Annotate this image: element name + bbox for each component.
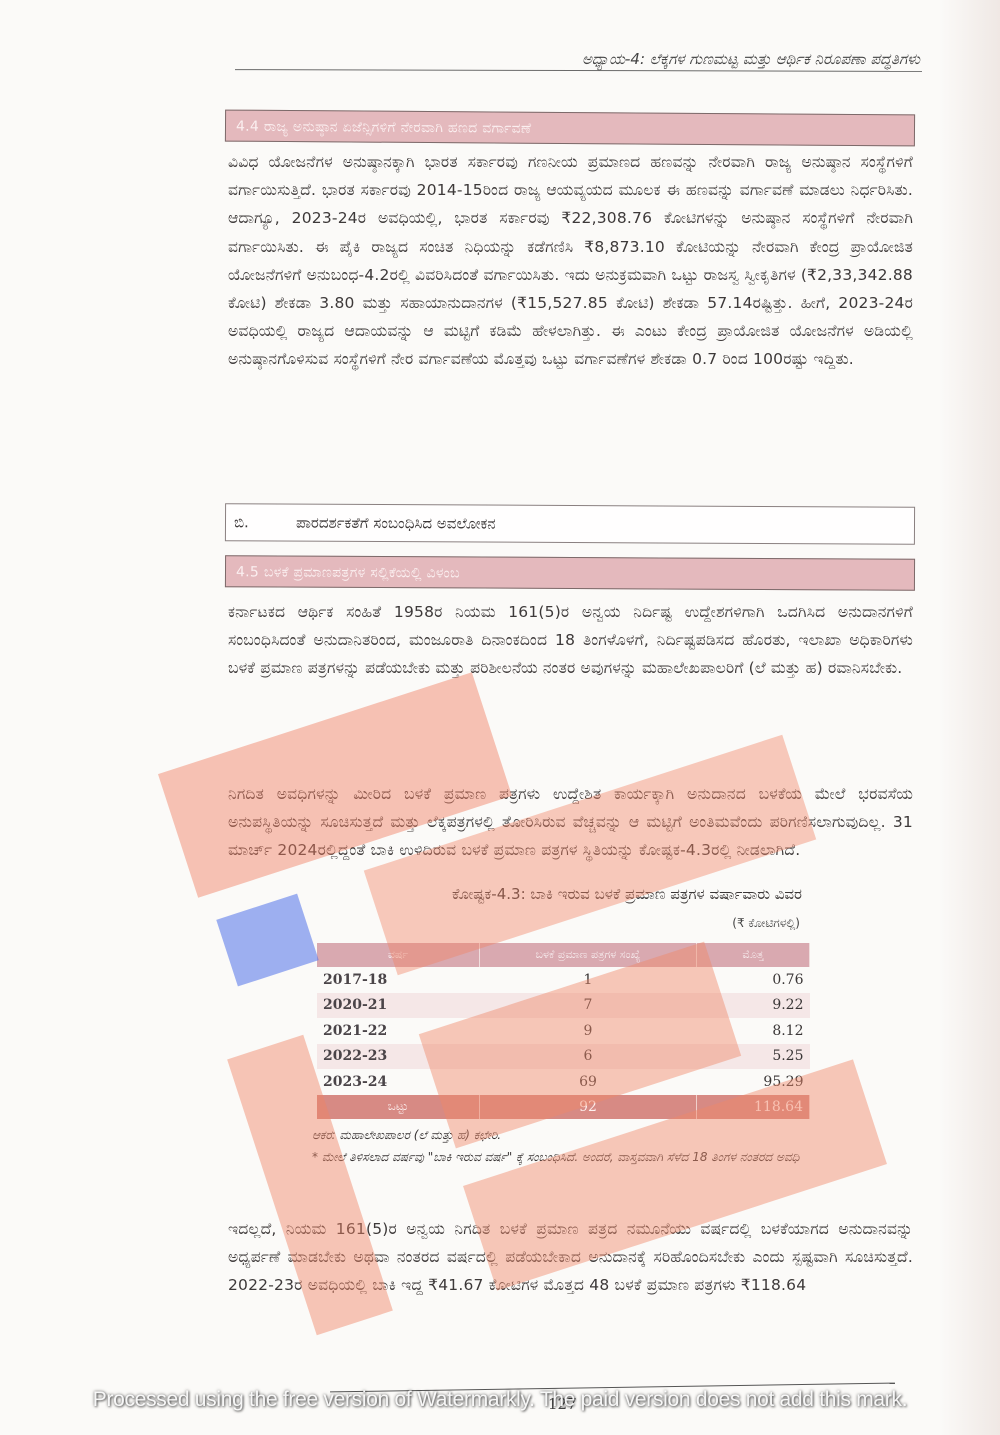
subsection-heading-b: ಬಿ. ಪಾರದರ್ಶಕತೆಗೆ ಸಂಬಂಧಿಸಿದ ಅವಲೋಕನ <box>225 503 915 545</box>
header-year: ವರ್ಷ <box>317 943 480 967</box>
header-amount: ಮೊತ್ತ <box>697 943 810 967</box>
table-row: 2017-18 1 0.76 <box>317 967 810 993</box>
section-heading-4-5: 4.5 ಬಳಕೆ ಪ್ರಮಾಣಪತ್ರಗಳ ಸಲ್ಲಿಕೆಯಲ್ಲಿ ವಿಳಂಬ <box>225 555 915 591</box>
cell-count: 9 <box>480 1018 697 1044</box>
cell-year: 2021-22 <box>317 1018 480 1044</box>
table-source: ಆಕರ: ಮಹಾಲೇಖಪಾಲರ (ಲೆ ಮತ್ತು ಹ) ಕಛೇರಿ. <box>312 1124 812 1146</box>
table-row: 2022-23 6 5.25 <box>317 1044 810 1070</box>
section-4-5-paragraph-1: ಕರ್ನಾಟಕದ ಆರ್ಥಿಕ ಸಂಹಿತೆ 1958ರ ನಿಯಮ 161(5)… <box>228 598 913 683</box>
cell-amount: 8.12 <box>697 1018 810 1044</box>
table-row: 2021-22 9 8.12 <box>317 1018 810 1044</box>
cell-amount: 0.76 <box>697 967 810 993</box>
table-row: 2020-21 7 9.22 <box>317 993 810 1019</box>
header-rule <box>235 69 922 72</box>
header-count: ಬಳಕೆ ಪ್ರಮಾಣ ಪತ್ರಗಳ ಸಂಖ್ಯೆ <box>480 943 697 967</box>
total-amount: 118.64 <box>697 1095 810 1119</box>
section-4-5-paragraph-2: ನಿಗದಿತ ಅವಧಿಗಳನ್ನು ಮೀರಿದ ಬಳಕೆ ಪ್ರಮಾಣ ಪತ್ರ… <box>228 780 913 865</box>
section-4-5-paragraph-3: ಇದಲ್ಲದೆ, ನಿಯಮ 161(5)ರ ಅನ್ವಯ ನಿಗದಿತ ಬಳಕೆ … <box>228 1215 913 1300</box>
subsection-label: ಬಿ. <box>234 504 249 540</box>
page-edge-shadow <box>940 0 1000 1435</box>
table-header-row: ವರ್ಷ ಬಳಕೆ ಪ್ರಮಾಣ ಪತ್ರಗಳ ಸಂಖ್ಯೆ ಮೊತ್ತ <box>317 943 810 967</box>
cell-count: 6 <box>480 1044 697 1070</box>
cell-count: 69 <box>480 1069 697 1095</box>
subsection-title: ಪಾರದರ್ಶಕತೆಗೆ ಸಂಬಂಧಿಸಿದ ಅವಲೋಕನ <box>296 505 496 542</box>
section-4-4-paragraph: ವಿವಿಧ ಯೋಜನೆಗಳ ಅನುಷ್ಠಾನಕ್ಕಾಗಿ ಭಾರತ ಸರ್ಕಾರ… <box>228 148 913 374</box>
running-head: ಅಧ್ಯಾಯ-4: ಲೆಕ್ಕಗಳ ಗುಣಮಟ್ಟ ಮತ್ತು ಆರ್ಥಿಕ ನ… <box>470 50 920 68</box>
cell-count: 1 <box>480 967 697 993</box>
table-unit: (₹ ಕೋಟಿಗಳಲ್ಲಿ) <box>600 916 800 931</box>
cell-year: 2020-21 <box>317 993 480 1019</box>
table-row: 2023-24 69 95.29 <box>317 1069 810 1095</box>
cell-amount: 95.29 <box>697 1069 810 1095</box>
cell-amount: 5.25 <box>697 1044 810 1070</box>
cell-count: 7 <box>480 993 697 1019</box>
cell-amount: 9.22 <box>697 993 810 1019</box>
section-heading-4-4: 4.4 ರಾಜ್ಯ ಅನುಷ್ಠಾನ ಏಜೆನ್ಸಿಗಳಿಗೆ ನೇರವಾಗಿ … <box>225 110 915 147</box>
table-footnote: * ಮೇಲೆ ತಿಳಿಸಲಾದ ವರ್ಷವು "ಬಾಕಿ ಇರುವ ವರ್ಷ" … <box>312 1146 812 1168</box>
table-total-row: ಒಟ್ಟು 92 118.64 <box>317 1095 810 1119</box>
cell-year: 2022-23 <box>317 1044 480 1070</box>
cell-year: 2023-24 <box>317 1069 480 1095</box>
utilization-certificates-table: ವರ್ಷ ಬಳಕೆ ಪ್ರಮಾಣ ಪತ್ರಗಳ ಸಂಖ್ಯೆ ಮೊತ್ತ 201… <box>317 943 810 1119</box>
total-label: ಒಟ್ಟು <box>317 1095 480 1119</box>
cell-year: 2017-18 <box>317 967 480 993</box>
watermark-shape <box>216 894 318 987</box>
table-title: ಕೋಷ್ಟಕ-4.3: ಬಾಕಿ ಇರುವ ಬಳಕೆ ಪ್ರಮಾಣ ಪತ್ರಗಳ… <box>312 885 802 903</box>
watermark-text: Processed using the free version of Wate… <box>0 1388 1000 1412</box>
total-count: 92 <box>480 1095 697 1119</box>
